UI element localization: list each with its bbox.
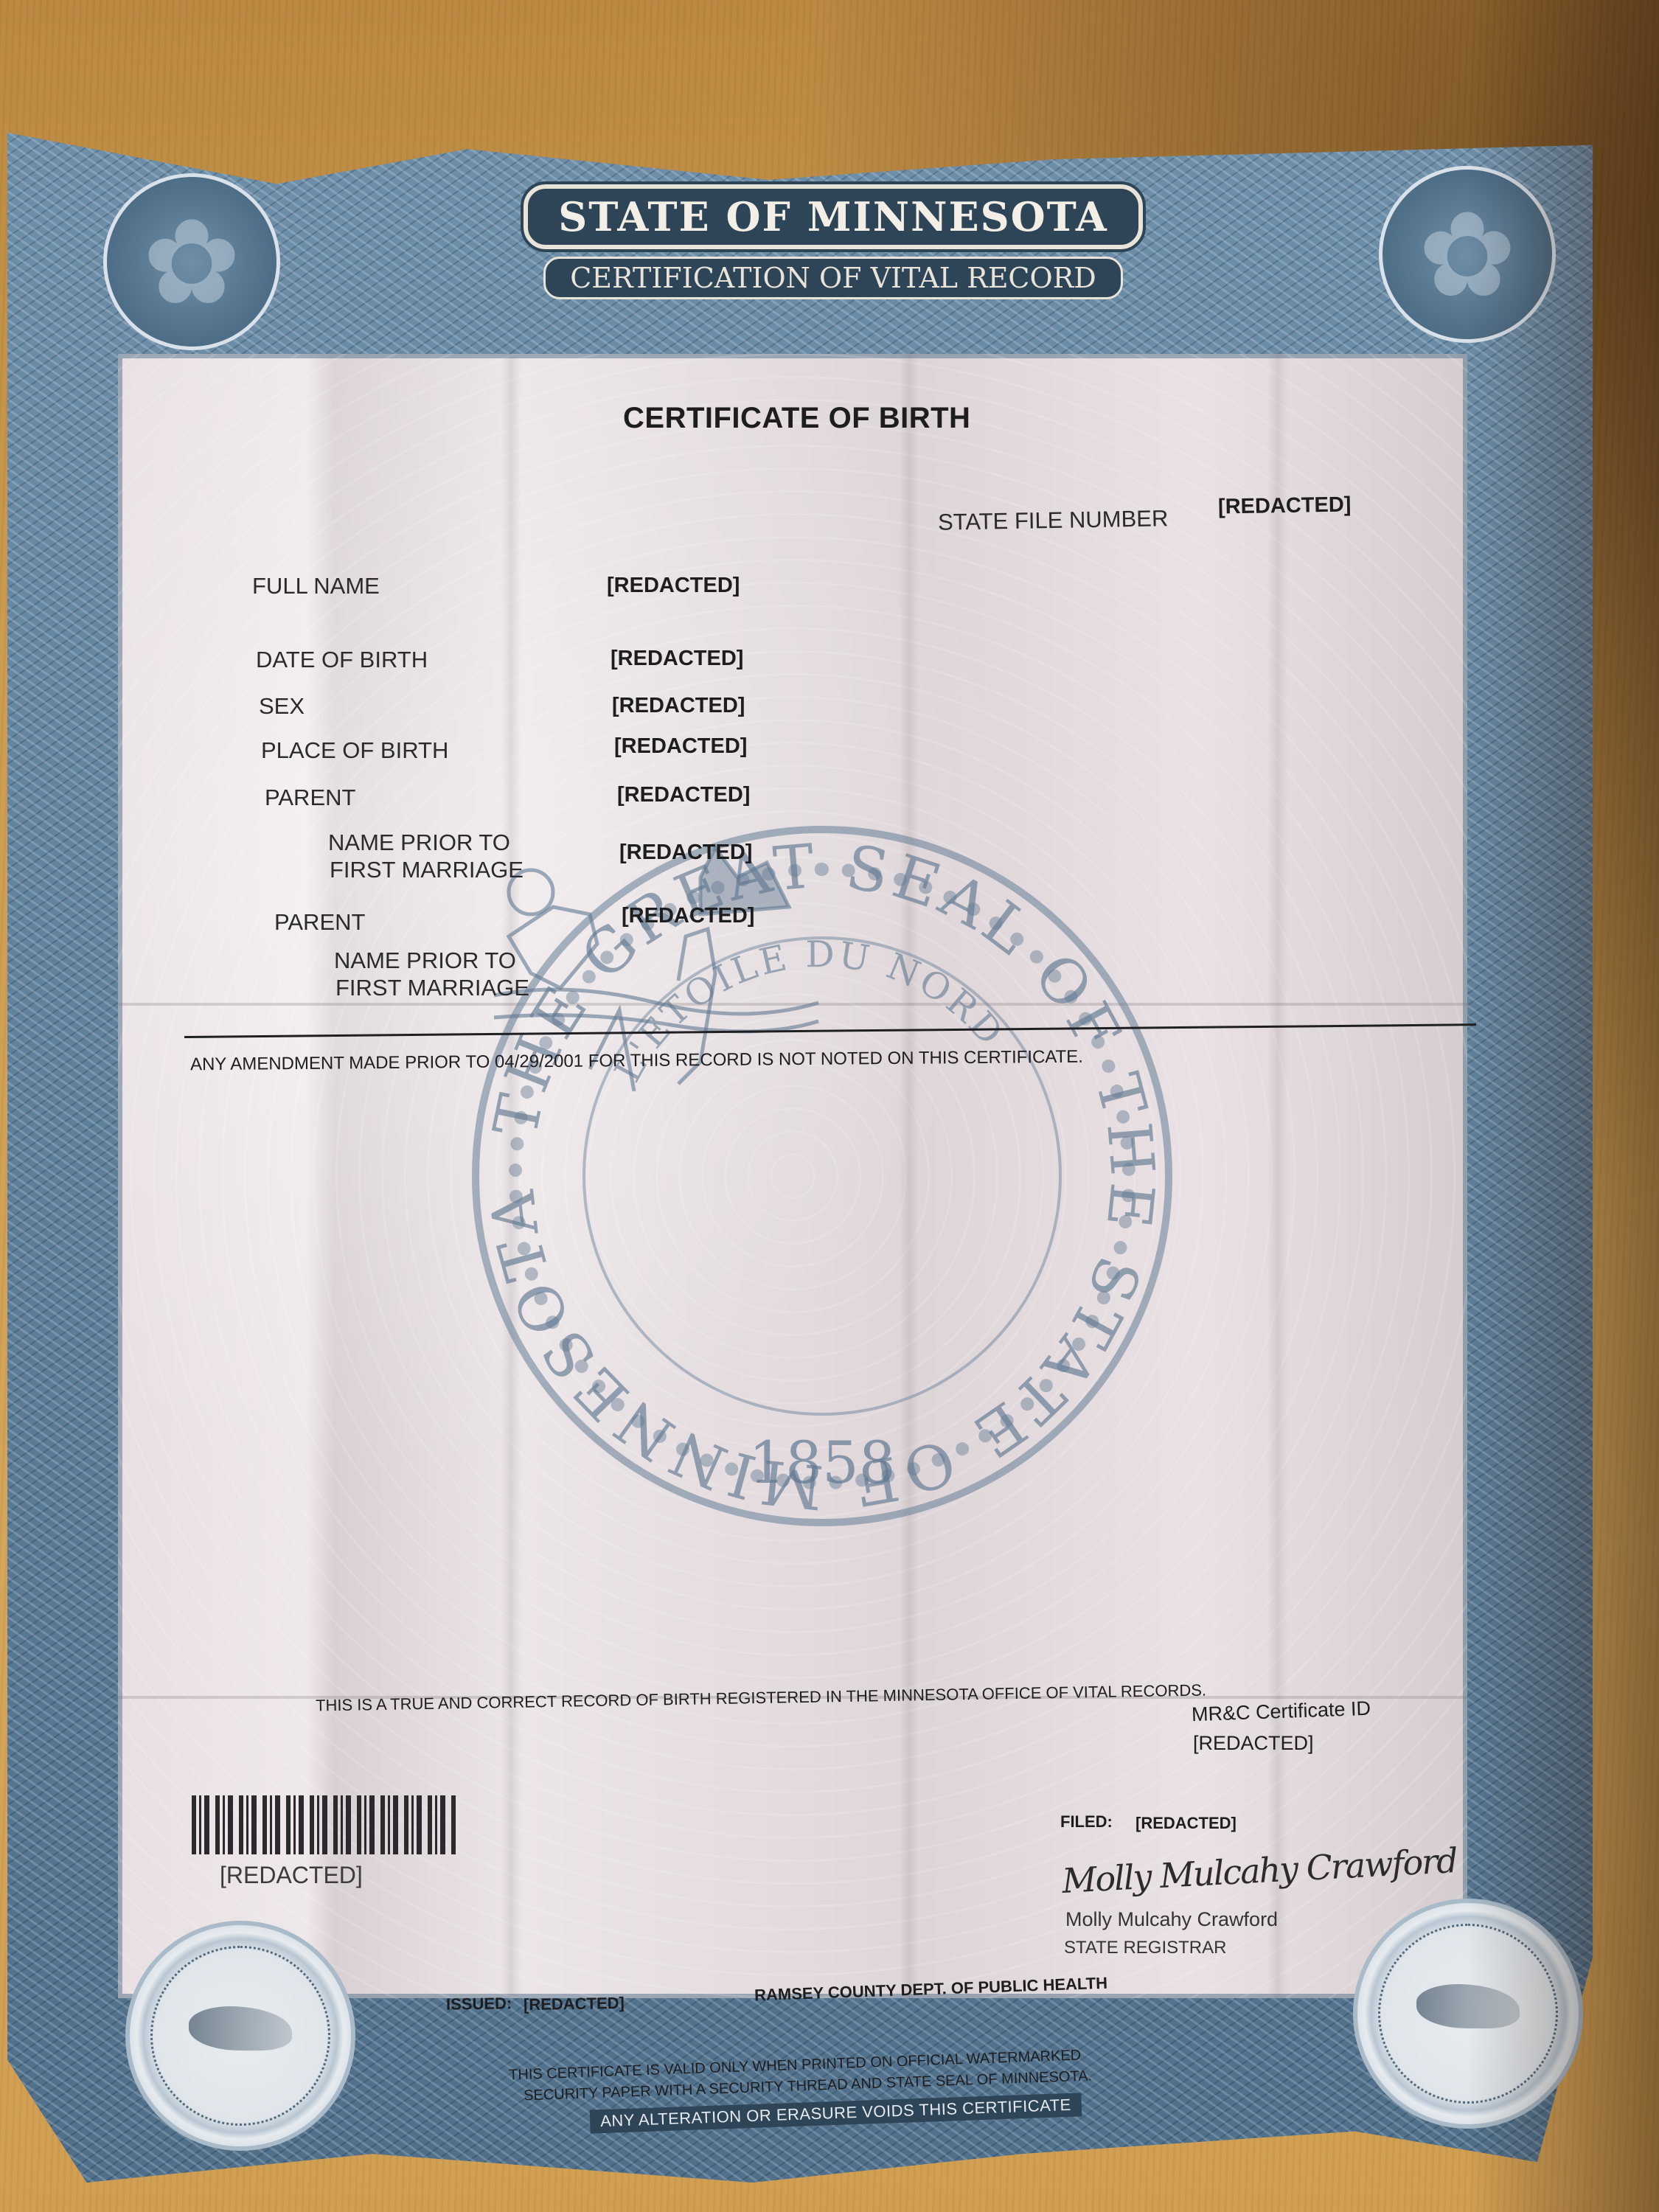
seal-scene-icon [479, 833, 826, 1150]
photo-shadow [1467, 0, 1659, 2212]
field-label-sex: SEX [259, 693, 305, 720]
state-file-number: [REDACTED] [1218, 493, 1352, 519]
field-label-parent-1: PARENT [265, 785, 355, 811]
barcode-number: [REDACTED] [220, 1862, 363, 1889]
corner-seal-left-icon [125, 1921, 355, 2151]
certificate-title: CERTIFICATE OF BIRTH [623, 402, 970, 435]
field-value-place-of-birth: [REDACTED] [614, 734, 747, 759]
field-value-name-prior-1: [REDACTED] [619, 841, 752, 865]
field-label-name-prior-2-line2: FIRST MARRIAGE [335, 975, 529, 1001]
registrar-name: Molly Mulcahy Crawford [1065, 1908, 1278, 1931]
issued-date: [REDACTED] [524, 1994, 625, 2014]
registrar-title: STATE REGISTRAR [1064, 1938, 1226, 1958]
field-value-parent-2: [REDACTED] [622, 904, 754, 928]
field-value-date-of-birth: [REDACTED] [611, 647, 743, 671]
field-label-date-of-birth: DATE OF BIRTH [256, 647, 428, 673]
field-label-name-prior-2-line1: NAME PRIOR TO [334, 947, 516, 974]
field-label-name-prior-1-line2: FIRST MARRIAGE [330, 857, 524, 883]
field-label-place-of-birth: PLACE OF BIRTH [261, 737, 448, 764]
field-value-parent-1: [REDACTED] [617, 783, 750, 807]
barcode [192, 1795, 457, 1854]
field-label-parent-2: PARENT [274, 909, 365, 936]
field-label-full-name: FULL NAME [252, 573, 380, 599]
field-value-full-name: [REDACTED] [607, 574, 740, 598]
field-value-sex: [REDACTED] [612, 694, 745, 718]
header-banner: STATE OF MINNESOTA CERTIFICATION OF VITA… [524, 184, 1143, 299]
state-title: STATE OF MINNESOTA [524, 184, 1143, 249]
seal-year: 1858 [748, 1430, 895, 1497]
certification-subtitle: CERTIFICATION OF VITAL RECORD [543, 257, 1123, 299]
certificate-id: [REDACTED] [1193, 1732, 1314, 1755]
field-label-name-prior-1-line1: NAME PRIOR TO [328, 829, 510, 856]
rosette-ornament-icon [103, 173, 280, 350]
issued-label: ISSUED: [446, 1994, 512, 2014]
filed-date: [REDACTED] [1135, 1814, 1237, 1833]
great-seal-watermark: THE GREAT SEAL OF THE STATE OF MINNESOTA… [472, 826, 1172, 1526]
filed-label: FILED: [1060, 1812, 1113, 1832]
state-file-number-label: STATE FILE NUMBER [938, 505, 1169, 535]
